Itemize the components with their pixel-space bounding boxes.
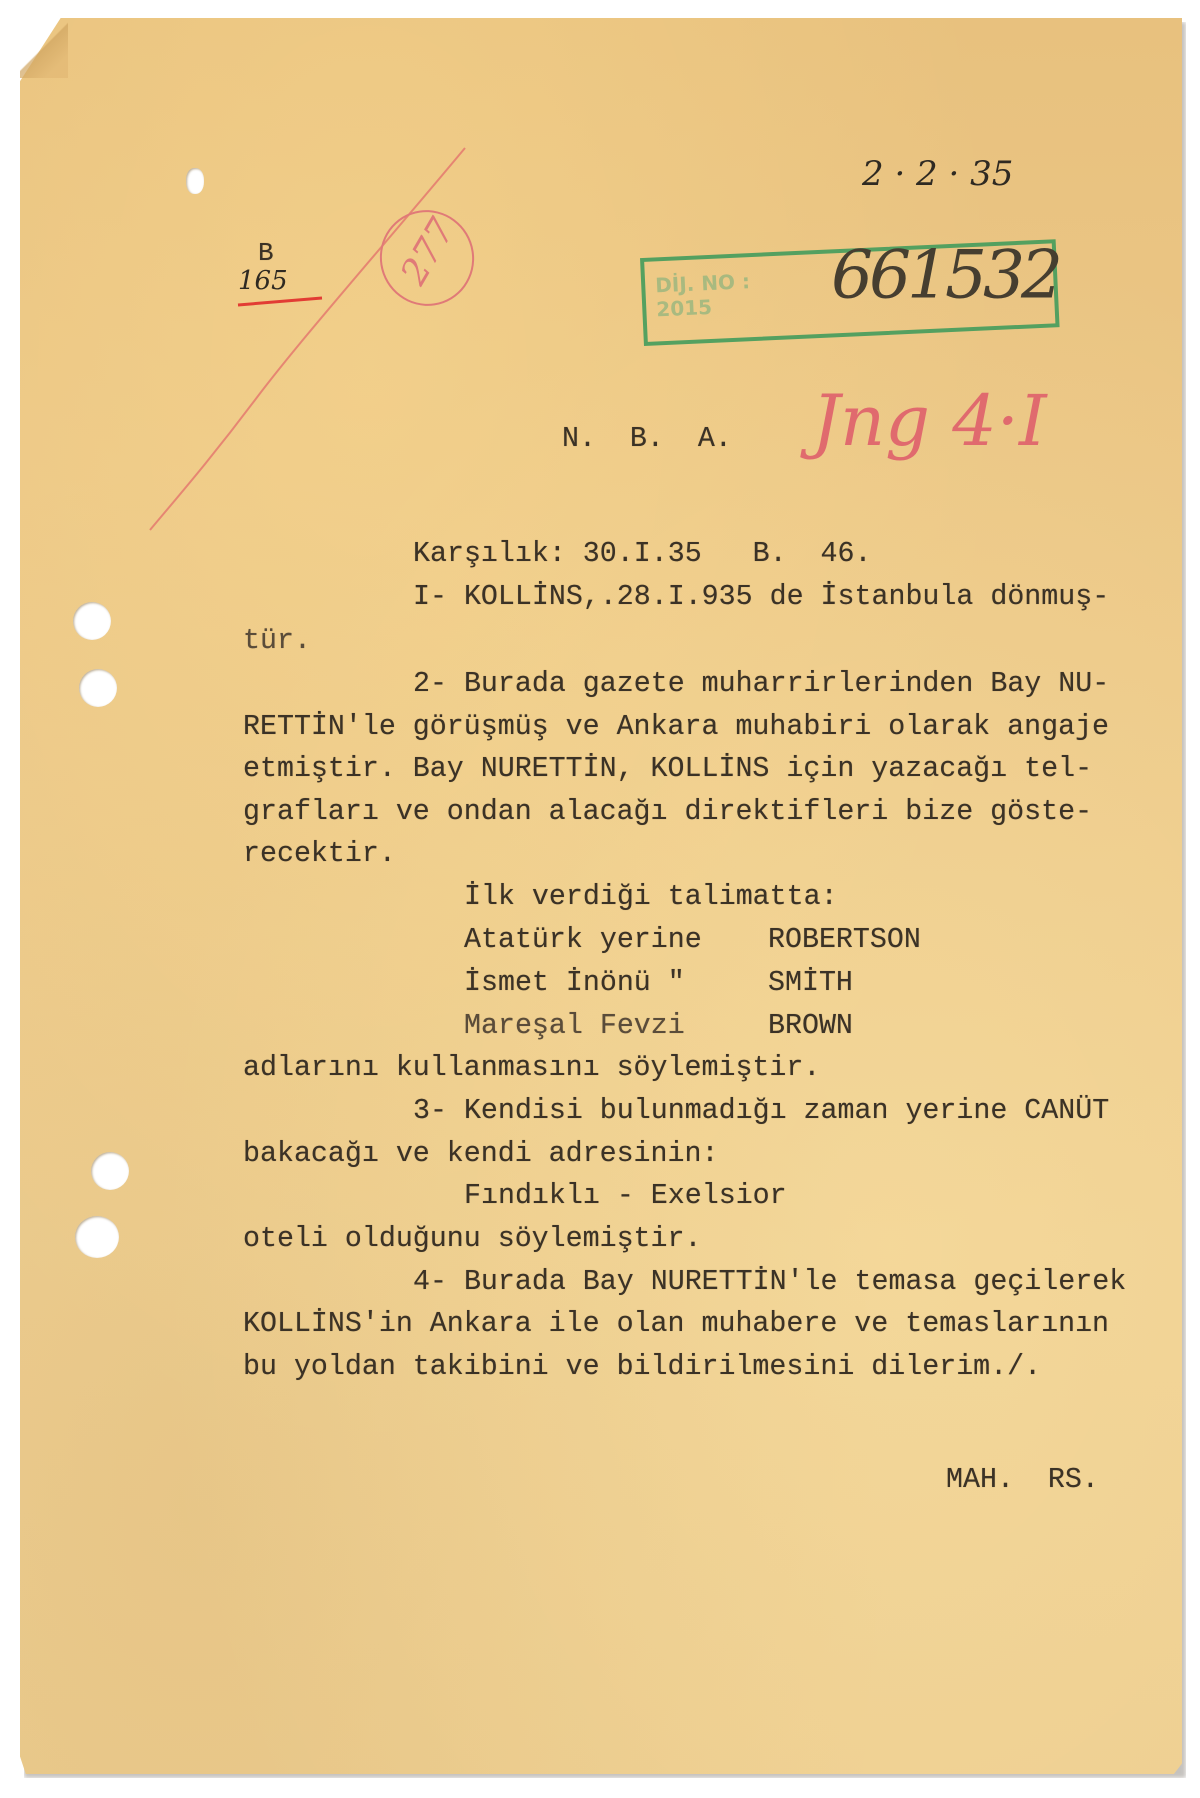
body-line: adlarını kullanmasını söylemiştir.	[243, 1054, 820, 1082]
body-line: İlk verdiği talimatta:	[464, 883, 838, 911]
document-header: N. B. A.	[562, 425, 732, 453]
codename-real: Atatürk yerine	[464, 926, 702, 954]
body-line: 3- Kendisi bulunmadığı zaman yerine CANÜ…	[413, 1097, 1109, 1125]
body-line: RETTİN'le görüşmüş ve Ankara muhabiri ol…	[243, 713, 1109, 741]
handwritten-date: 2 · 2 · 35	[862, 154, 1013, 194]
codename-code: ROBERTSON	[768, 926, 921, 954]
archive-stamp: DİJ. NO : 2015 661532	[640, 239, 1060, 346]
reference-line: Karşılık: 30.I.35 B. 46.	[413, 540, 871, 568]
body-line: 2- Burada gazete muharrirlerinden Bay NU…	[413, 670, 1109, 698]
body-line: 4- Burada Bay NURETTİN'le temasa geçiler…	[413, 1268, 1126, 1296]
ref-letter: B	[258, 240, 274, 266]
body-line: bakacağı ve kendi adresinin:	[243, 1140, 718, 1168]
punch-hole	[75, 1216, 119, 1258]
body-line: tür.	[243, 627, 311, 655]
punch-hole	[186, 168, 204, 194]
punch-hole	[73, 602, 111, 640]
red-pencil-note: Jng 4·I	[812, 380, 1047, 462]
codename-real: İsmet İnönü "	[464, 969, 685, 997]
stamp-number: 661532	[831, 236, 1059, 313]
punch-hole	[91, 1152, 129, 1190]
body-line: grafları ve ondan alacağı direktifleri b…	[243, 798, 1092, 826]
body-line: oteli olduğunu söylemiştir.	[243, 1225, 701, 1253]
body-line: bu yoldan takibini ve bildirilmesini dil…	[243, 1353, 1041, 1381]
stamp-label: DİJ. NO : 2015	[655, 269, 752, 321]
body-line: I- KOLLİNS,.28.I.935 de İstanbula dönmuş…	[413, 583, 1109, 611]
codename-real: Mareşal Fevzi	[464, 1012, 685, 1040]
body-line: recektir.	[243, 840, 396, 868]
circled-number-text: 277	[393, 212, 463, 292]
ref-number: 165	[238, 266, 288, 296]
body-line: etmiştir. Bay NURETTİN, KOLLİNS için yaz…	[243, 755, 1092, 783]
codename-code: SMİTH	[768, 969, 853, 997]
body-line: Fındıklı - Exelsior	[464, 1182, 787, 1210]
punch-hole	[79, 669, 117, 707]
codename-code: BROWN	[768, 1012, 853, 1040]
body-line: KOLLİNS'in Ankara ile olan muhabere ve t…	[243, 1310, 1109, 1338]
folded-corner	[20, 18, 68, 78]
signature: MAH. RS.	[946, 1466, 1099, 1494]
